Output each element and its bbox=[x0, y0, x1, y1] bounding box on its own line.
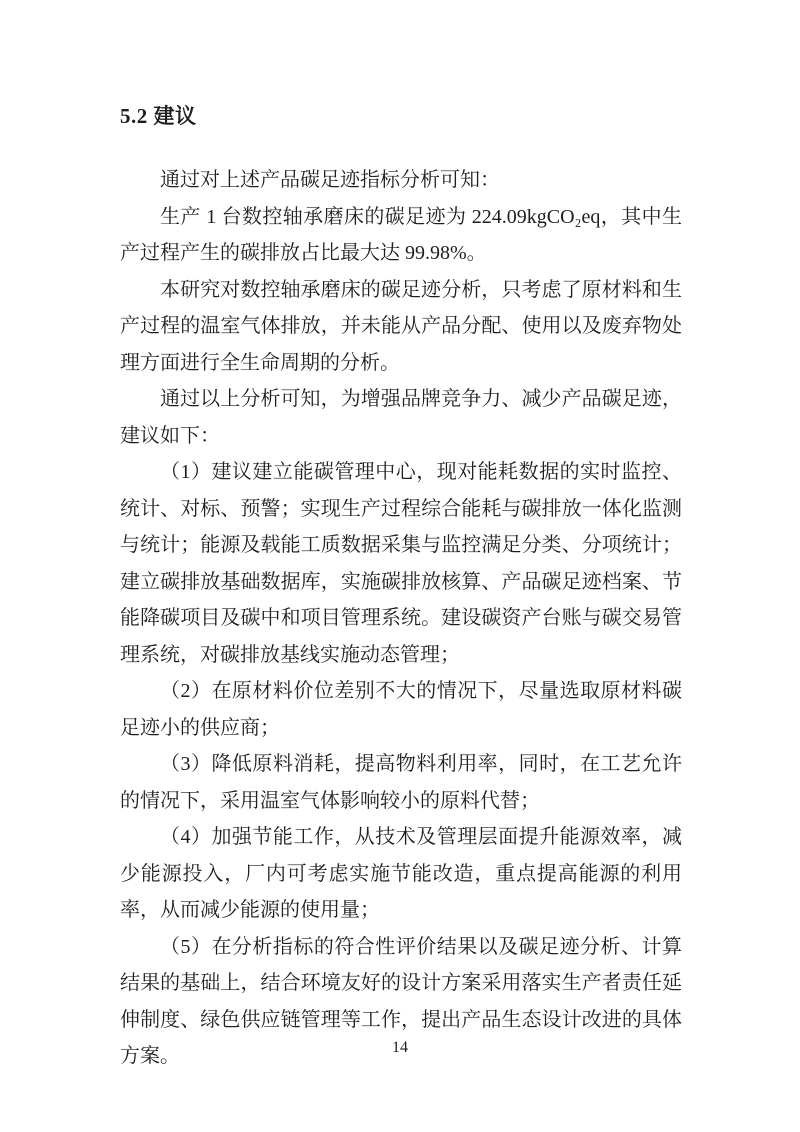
paragraph-scope: 本研究对数控轴承磨床的碳足迹分析，只考虑了原材料和生产过程的温室气体排放，并未能… bbox=[120, 272, 682, 382]
paragraph-intro: 通过对上述产品碳足迹指标分析可知： bbox=[120, 162, 682, 199]
suggestion-item-1: （1）建议建立能碳管理中心，现对能耗数据的实时监控、统计、对标、预警；实现生产过… bbox=[120, 454, 682, 673]
document-page: 5.2 建议 通过对上述产品碳足迹指标分析可知： 生产 1 台数控轴承磨床的碳足… bbox=[0, 0, 800, 1132]
page-number: 14 bbox=[0, 1038, 800, 1058]
suggestion-item-3: （3）降低原料消耗，提高物料利用率，同时，在工艺允许的情况下，采用温室气体影响较… bbox=[120, 746, 682, 819]
suggestion-item-2: （2）在原材料价位差别不大的情况下，尽量选取原材料碳足迹小的供应商； bbox=[120, 673, 682, 746]
suggestion-item-4: （4）加强节能工作，从技术及管理层面提升能源效率，减少能源投入，厂内可考虑实施节… bbox=[120, 819, 682, 929]
paragraph-footprint: 生产 1 台数控轴承磨床的碳足迹为 224.09kgCO₂eq，其中生产过程产生… bbox=[120, 199, 682, 272]
document-content: 5.2 建议 通过对上述产品碳足迹指标分析可知： 生产 1 台数控轴承磨床的碳足… bbox=[120, 100, 682, 1075]
section-heading: 5.2 建议 bbox=[120, 100, 682, 132]
paragraph-suggest-lead: 通过以上分析可知，为增强品牌竞争力、减少产品碳足迹，建议如下： bbox=[120, 381, 682, 454]
